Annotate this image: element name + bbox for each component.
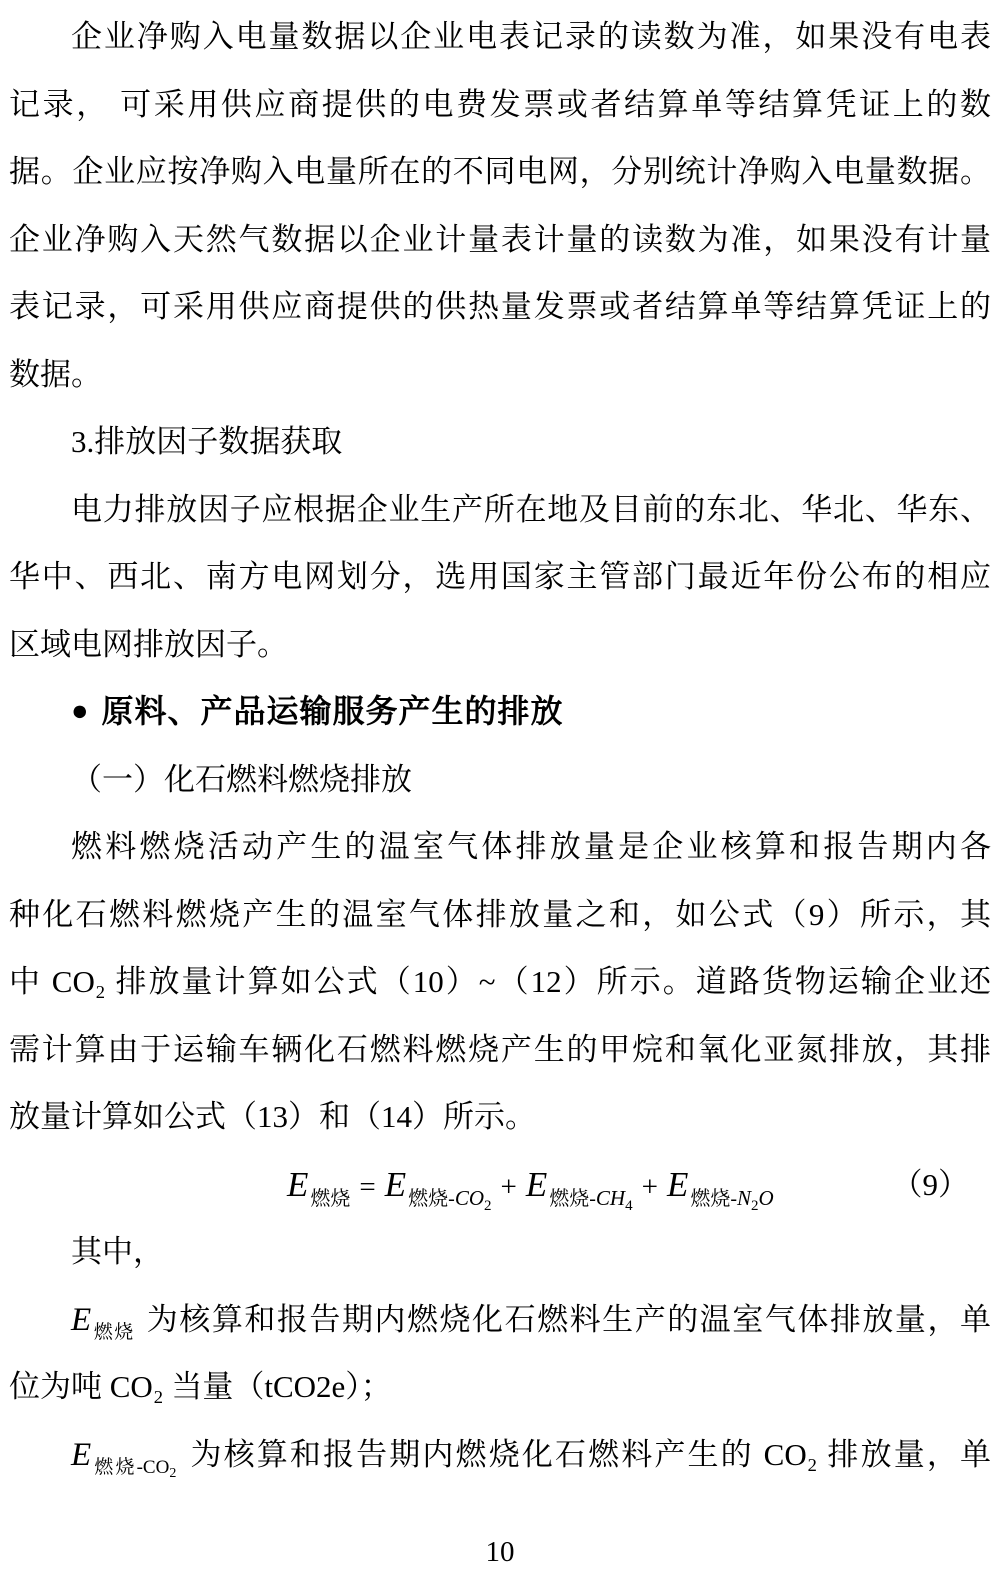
paragraph-line: 电力排放因子应根据企业生产所在地及目前的东北、华北、华东、	[9, 476, 991, 544]
term-symbol: E	[71, 1302, 91, 1338]
subsection-title: （一）化石燃料燃烧排放	[9, 746, 991, 814]
paragraph-line: 表记录，可采用供应商提供的供热量发票或者结算单等结算凭证上的	[9, 273, 991, 341]
subscript-latin: CH	[596, 1186, 625, 1210]
paragraph-line: 种化石燃料燃烧产生的温室气体排放量之和，如公式（9）所示，其	[9, 881, 991, 949]
paragraph-line: 其中，	[9, 1218, 991, 1286]
subscript-latin: O	[759, 1186, 774, 1210]
paragraph-line: 企业净购入天然气数据以企业计量表计量的读数为准，如果没有计量	[9, 206, 991, 274]
formula-body: E燃烧=E燃烧-CO2+E燃烧-CH4+E燃烧-N2O	[287, 1168, 774, 1203]
paragraph-line: 区域电网排放因子。	[9, 611, 991, 679]
plus-sign: +	[642, 1171, 658, 1203]
subscript-cjk: 燃烧-CO	[92, 1457, 169, 1478]
paragraph-line: 需计算由于运输车辆化石燃料燃烧产生的甲烷和氧化亚氮排放，其排	[9, 1016, 991, 1084]
section-heading-label: 原料、产品运输服务产生的排放	[102, 693, 564, 729]
term-subscript: 燃烧-CO2	[92, 1457, 176, 1478]
subscript-digit: 2	[751, 1198, 759, 1214]
formula-subscript: 燃烧-N2O	[690, 1188, 773, 1210]
paragraph-line: 华中、西北、南方电网划分，选用国家主管部门最近年份公布的相应	[9, 543, 991, 611]
subscript-digit: 2	[484, 1198, 492, 1214]
paragraph-line: 中 CO₂ 排放量计算如公式（10）~（12）所示。道路货物运输企业还	[9, 948, 991, 1016]
term-definition-line: E燃烧-CO2为核算和报告期内燃烧化石燃料产生的 CO₂ 排放量，单	[9, 1421, 991, 1489]
section-heading: ●原料、产品运输服务产生的排放	[9, 678, 991, 746]
formula-symbol: E	[385, 1165, 406, 1204]
term-definition-line: E燃烧为核算和报告期内燃烧化石燃料生产的温室气体排放量，单	[9, 1286, 991, 1354]
subscript-latin: CO	[455, 1186, 484, 1210]
subscript-cjk: 燃烧-	[549, 1188, 596, 1210]
paragraph-line: 据。企业应按净购入电量所在的不同电网，分别统计净购入电量数据。	[9, 138, 991, 206]
formula-symbol: E	[287, 1165, 308, 1204]
formula-line: （9） E燃烧=E燃烧-CO2+E燃烧-CH4+E燃烧-N2O	[9, 1151, 991, 1219]
term-definition-text: 为核算和报告期内燃烧化石燃料生产的温室气体排放量，单	[147, 1302, 991, 1337]
term-symbol: E	[71, 1437, 91, 1473]
formula-symbol: E	[667, 1165, 688, 1204]
document-page: 企业净购入电量数据以企业电表记录的读数为准，如果没有电表 记录， 可采用供应商提…	[0, 0, 1000, 1575]
paragraph-line: 企业净购入电量数据以企业电表记录的读数为准，如果没有电表	[9, 3, 991, 71]
subscript-cjk: 燃烧-	[690, 1188, 737, 1210]
formula-symbol: E	[526, 1165, 547, 1204]
paragraph-line: 燃料燃烧活动产生的温室气体排放量是企业核算和报告期内各	[9, 813, 991, 881]
subscript-digit: 2	[169, 1466, 176, 1481]
formula-subscript: 燃烧	[310, 1188, 350, 1210]
subsection-title: 3.排放因子数据获取	[9, 408, 991, 476]
subscript-latin: N	[737, 1186, 751, 1210]
term-definition-text: 为核算和报告期内燃烧化石燃料产生的 CO₂ 排放量，单	[188, 1437, 991, 1472]
paragraph-line: 数据。	[9, 341, 991, 409]
equals-sign: =	[359, 1171, 375, 1203]
subscript-cjk: 燃烧-	[408, 1188, 455, 1210]
formula-subscript: 燃烧-CH4	[549, 1188, 632, 1210]
paragraph-line: 放量计算如公式（13）和（14）所示。	[9, 1083, 991, 1151]
subscript-digit: 4	[625, 1198, 633, 1214]
term-subscript: 燃烧	[92, 1322, 135, 1343]
equation-number: （9）	[892, 1151, 970, 1219]
plus-sign: +	[501, 1171, 517, 1203]
paragraph-line: 位为吨 CO₂ 当量（tCO2e）；	[9, 1353, 991, 1421]
bullet-icon: ●	[71, 695, 89, 727]
paragraph-line: 记录， 可采用供应商提供的电费发票或者结算单等结算凭证上的数	[9, 71, 991, 139]
formula-subscript: 燃烧-CO2	[408, 1188, 491, 1210]
page-number: 10	[0, 1536, 1000, 1569]
